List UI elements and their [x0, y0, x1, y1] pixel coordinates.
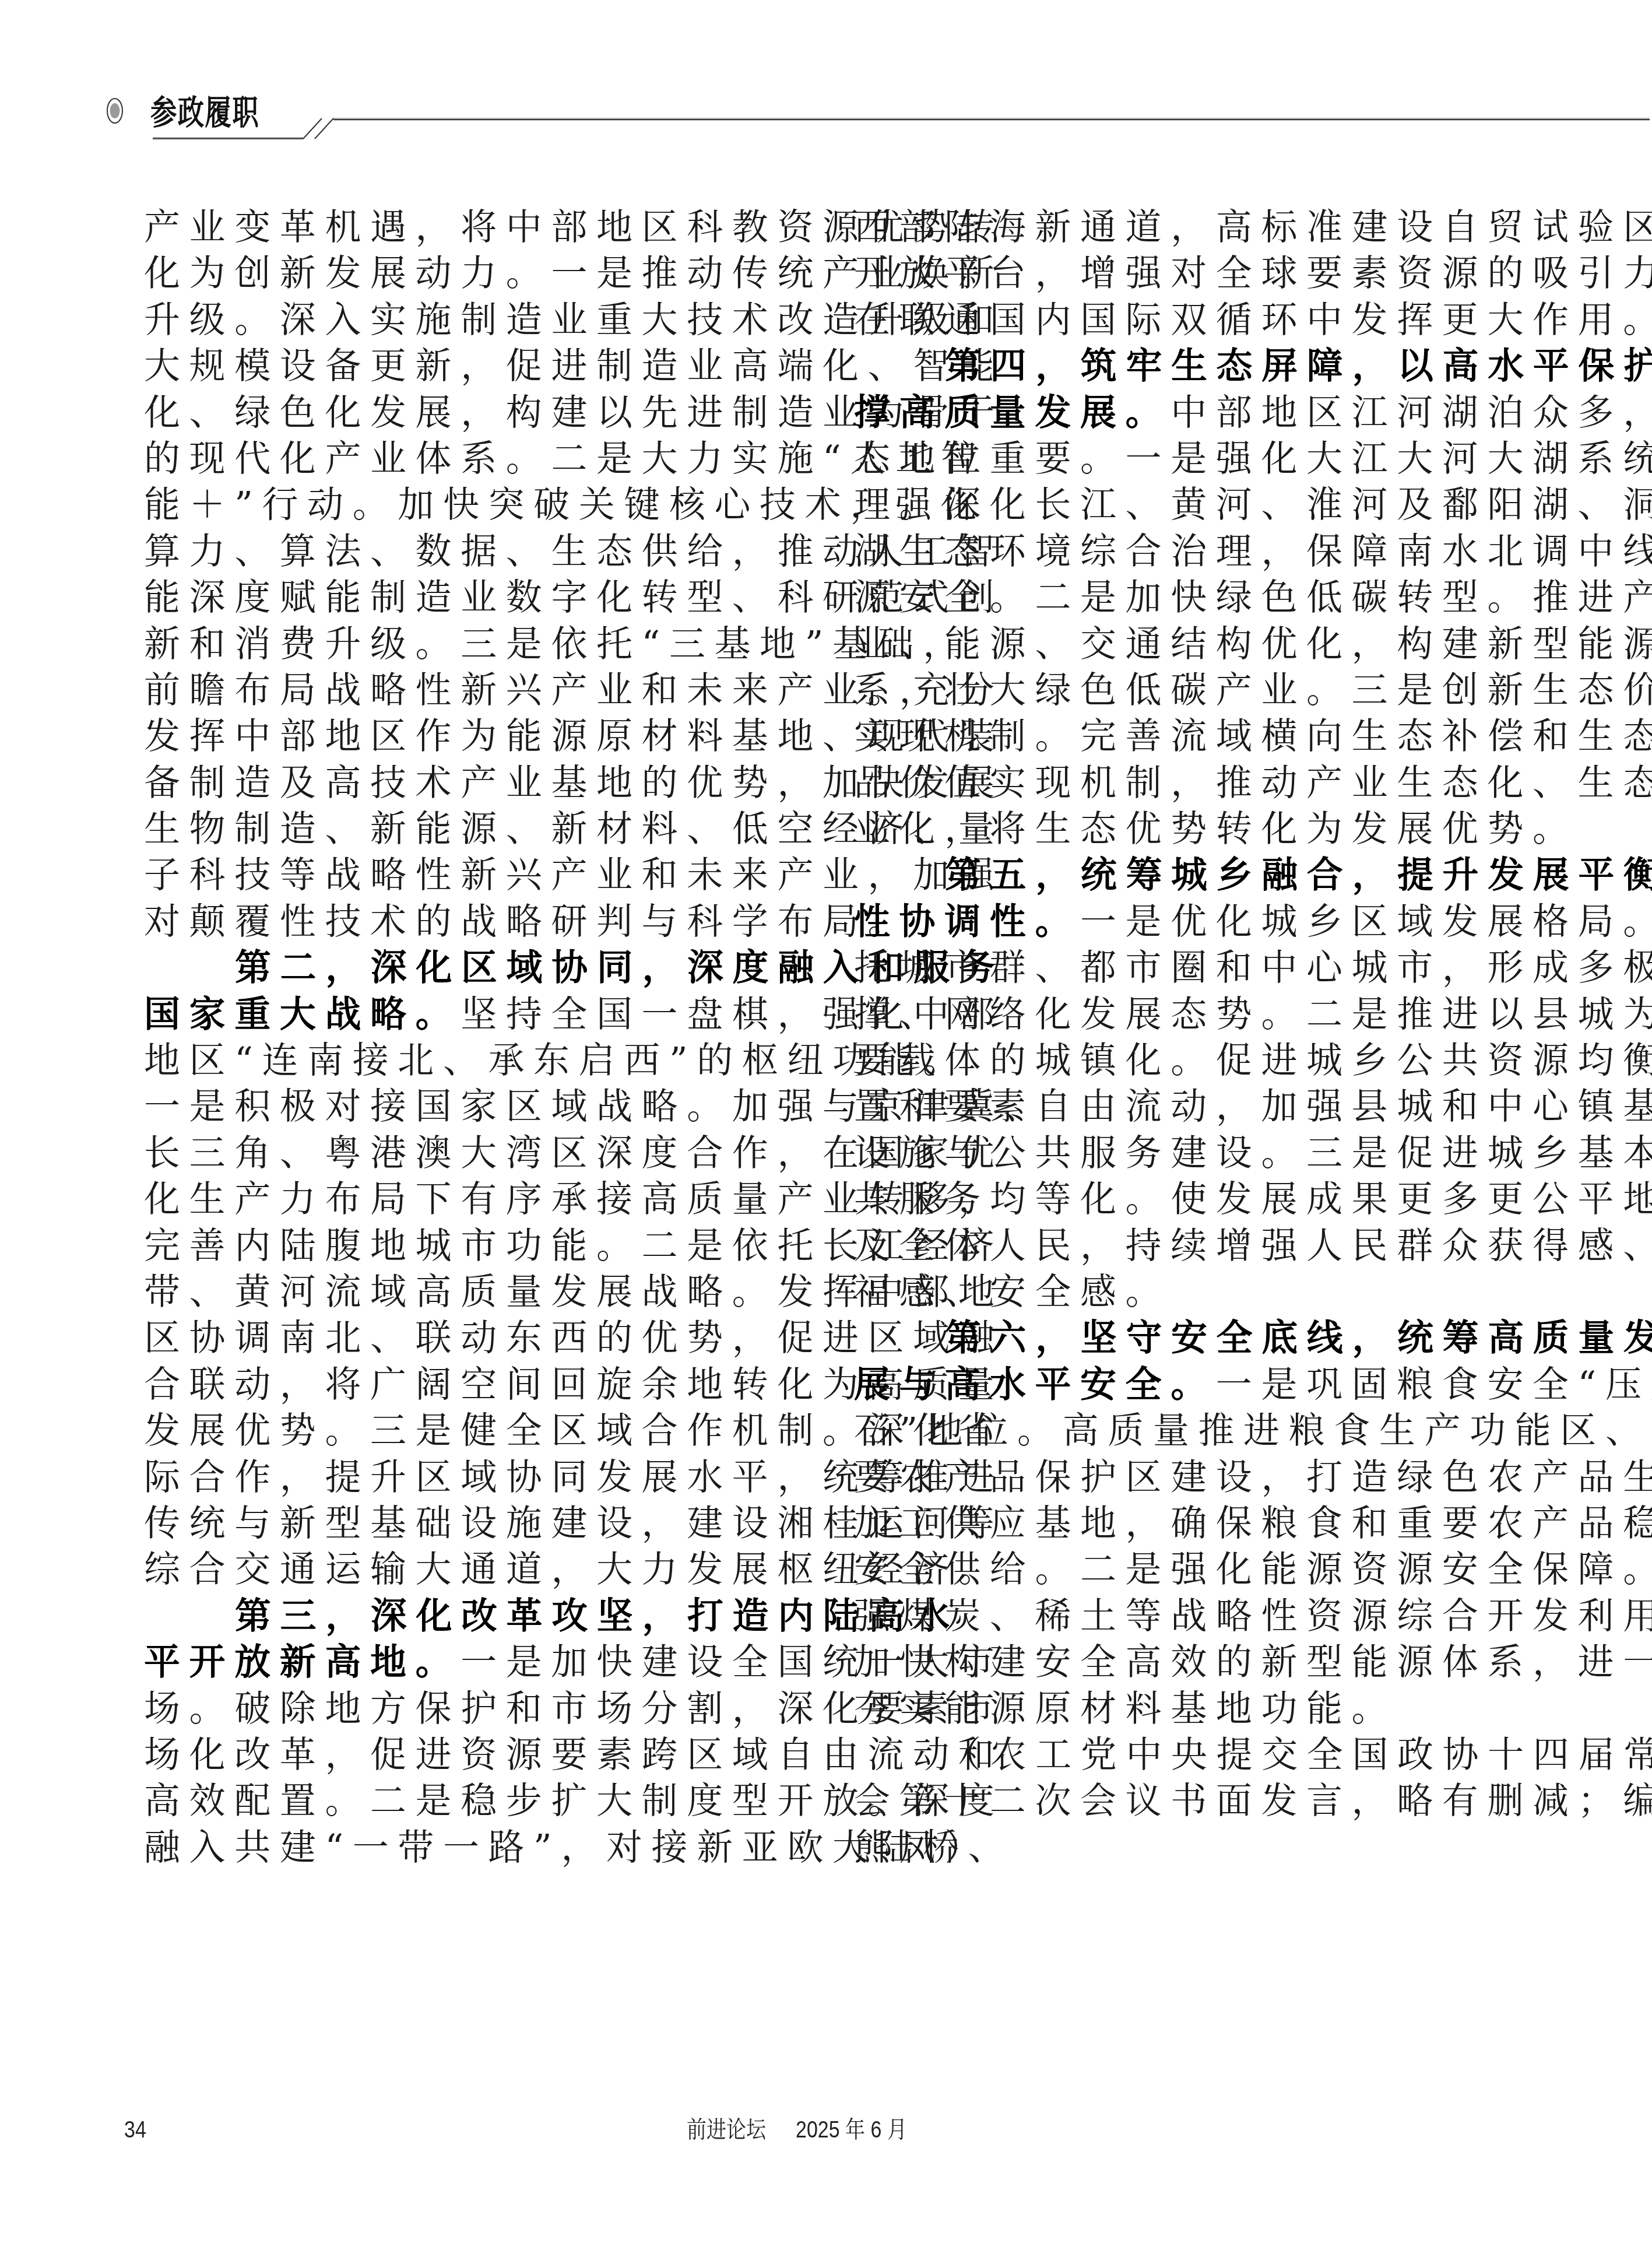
text-line: 实现机制。完善流域横向生态补偿和生态产 [854, 713, 1507, 759]
text-line: 长三角、粤港澳大湾区深度合作，在国家优 [144, 1130, 797, 1176]
journal-name: 前进论坛 [687, 2117, 766, 2143]
body-text: 共服务均等化。使发展成果更多更公平地惠 [854, 1178, 1652, 1220]
text-line: 化生产力布局下有序承接高质量产业转移， [144, 1176, 797, 1222]
text-line: 一是积极对接国家区域战略。加强与京津冀、 [144, 1083, 797, 1129]
body-text: 福感、安全感。 [854, 1270, 1171, 1313]
body-text: 及全体人民，持续增强人民群众获得感、幸 [854, 1224, 1652, 1267]
section-heading-text: 第三，深化改革攻坚，打造内陆高水 [235, 1595, 959, 1637]
text-line: 撑、网络化发展态势。二是推进以县城为重 [854, 991, 1507, 1037]
body-text: 系，壮大绿色低碳产业。三是创新生态价值 [854, 669, 1652, 711]
text-line: 系，壮大绿色低碳产业。三是创新生态价值 [854, 667, 1507, 713]
text-line: 新和消费升级。三是依托“三基地”基础， [144, 621, 797, 667]
text-line: 第六，坚守安全底线，统筹高质量发 [854, 1315, 1507, 1361]
text-line: 理。深化长江、黄河、淮河及鄱阳湖、洞庭 [854, 482, 1507, 528]
text-line: 熊凤） [854, 1824, 1507, 1870]
text-line: 产业变革机遇，将中部地区科教资源优势转 [144, 204, 797, 250]
section-heading-text: 国家重大战略。 [144, 993, 461, 1035]
section-heading-text: 展与高水平安全。 [854, 1363, 1216, 1406]
article-column-left: 产业变革机遇，将中部地区科教资源优势转化为创新发展动力。一是推动传统产业焕新升级… [144, 204, 797, 1870]
text-line: 合联动，将广阔空间回旋余地转化为高质量 [144, 1361, 797, 1407]
text-line: 生物制造、新能源、新材料、低空经济、量 [144, 806, 797, 852]
body-text: 安全供给。二是强化能源资源安全保障。加 [854, 1548, 1652, 1591]
text-line: 带、黄河流域高质量发展战略。发挥中部地 [144, 1269, 797, 1315]
text-line: 场化改革，促进资源要素跨区域自由流动和 [144, 1732, 797, 1778]
text-line: 高效配置。二是稳步扩大制度型开放。深度 [144, 1778, 797, 1824]
body-text: 石”地位。高质量推进粮食生产功能区、重 [854, 1409, 1652, 1452]
text-line: 升级。深入实施制造业重大技术改造升级和 [144, 297, 797, 343]
body-text: 理。深化长江、黄河、淮河及鄱阳湖、洞庭 [854, 483, 1652, 526]
text-line: （农工党中央提交全国政协十四届常委 [854, 1732, 1507, 1778]
body-text: 强煤炭、稀土等战略性资源综合开发利用， [854, 1595, 1652, 1637]
text-line: 国家重大战略。坚持全国一盘棋，强化中部 [144, 991, 797, 1037]
text-line: 综合交通运输大通道，大力发展枢纽经济。 [144, 1546, 797, 1592]
text-line: 的现代化产业体系。二是大力实施“人工智 [144, 436, 797, 482]
text-line: 发挥中部地区作为能源原材料基地、现代装 [144, 713, 797, 759]
body-text: 态地位重要。一是强化大江大河大湖系统治 [854, 437, 1652, 480]
body-text: 要载体的城镇化。促进城乡公共资源均衡配 [854, 1039, 1652, 1082]
text-line: 发展优势。三是健全区域合作机制。深化省 [144, 1407, 797, 1454]
body-text: 业、能源、交通结构优化，构建新型能源体 [854, 623, 1652, 665]
body-text: 熊凤） [854, 1826, 990, 1869]
body-text: 湖生态环境综合治理，保障南水北调中线水 [854, 530, 1652, 573]
text-line: 福感、安全感。 [854, 1269, 1507, 1315]
body-text: 地区“连南接北、承东启西”的枢纽功能。 [144, 1039, 968, 1082]
body-text: 设施与公共服务建设。三是促进城乡基本公 [854, 1132, 1652, 1174]
text-line: 算力、算法、数据、生态供给，推动人工智 [144, 528, 797, 574]
text-line: 湖生态环境综合治理，保障南水北调中线水 [854, 528, 1507, 574]
text-line: 品价值实现机制，推动产业生态化、生态产 [854, 760, 1507, 806]
text-line: 设施与公共服务建设。三是促进城乡基本公 [854, 1130, 1507, 1176]
body-text: 西部陆海新通道，高标准建设自贸试验区等 [854, 206, 1652, 248]
body-text: 撑、网络化发展态势。二是推进以县城为重 [854, 993, 1652, 1035]
issue-date: 2025 年 6 月 [796, 2117, 907, 2143]
text-line: 加快构建安全高效的新型能源体系，进一步 [854, 1639, 1507, 1685]
text-line: 展与高水平安全。一是巩固粮食安全“压舱 [854, 1361, 1507, 1407]
text-line: 能＋”行动。加快突破关键核心技术，强化 [144, 482, 797, 528]
body-text: 开放平台，增强对全球要素资源的吸引力， [854, 252, 1652, 294]
body-text: 置和要素自由流动，加强县城和中心镇基础 [854, 1085, 1652, 1128]
text-line: 完善内陆腹地城市功能。二是依托长江经济 [144, 1223, 797, 1269]
text-line: 强煤炭、稀土等战略性资源综合开发利用， [854, 1593, 1507, 1639]
body-text: 夯实能源原材料基地功能。 [854, 1687, 1397, 1730]
section-heading-text: 撑高质量发展。 [854, 391, 1171, 434]
page-number: 34 [124, 2115, 146, 2144]
section-heading-text: 平开放新高地。 [144, 1641, 461, 1683]
text-line: 撑高质量发展。中部地区江河湖泊众多，生 [854, 389, 1507, 436]
body-text: 中部地区江河湖泊众多，生 [1171, 391, 1652, 434]
text-line: 要载体的城镇化。促进城乡公共资源均衡配 [854, 1037, 1507, 1083]
section-heading-text: 性协调性。 [854, 900, 1080, 943]
text-line: 业、能源、交通结构优化，构建新型能源体 [854, 621, 1507, 667]
text-line: 石”地位。高质量推进粮食生产功能区、重 [854, 1407, 1507, 1454]
section-heading-text: 第六，坚守安全底线，统筹高质量发 [945, 1317, 1652, 1359]
text-line: 融入共建“一带一路”，对接新亚欧大陆桥、 [144, 1824, 797, 1870]
text-line: 化、绿色化发展，构建以先进制造业为骨干 [144, 389, 797, 436]
section-title: 参政履职 [150, 92, 259, 133]
text-line: 能深度赋能制造业数字化转型、科研范式创 [144, 574, 797, 620]
text-line: 开放平台，增强对全球要素资源的吸引力， [854, 250, 1507, 296]
text-line: 态地位重要。一是强化大江大河大湖系统治 [854, 436, 1507, 482]
text-line: 加工供应基地，确保粮食和重要农产品稳定 [854, 1500, 1507, 1546]
text-line: 大规模设备更新，促进制造业高端化、智能 [144, 343, 797, 389]
text-line: 对颠覆性技术的战略研判与科学布局。 [144, 898, 797, 945]
text-line: 平开放新高地。一是加快建设全国统一大市 [144, 1639, 797, 1685]
text-line: 共服务均等化。使发展成果更多更公平地惠 [854, 1176, 1507, 1222]
body-text: （农工党中央提交全国政协十四届常委 [945, 1733, 1652, 1776]
text-line: 前瞻布局战略性新兴产业和未来产业。充分 [144, 667, 797, 713]
text-line: 源安全。二是加快绿色低碳转型。推进产 [854, 574, 1507, 620]
text-line: 在联通国内国际双循环中发挥更大作用。 [854, 297, 1507, 343]
body-text: 新和消费升级。三是依托“三基地”基础， [144, 623, 968, 665]
body-text: 在联通国内国际双循环中发挥更大作用。 [854, 299, 1652, 341]
text-line: 安全供给。二是强化能源资源安全保障。加 [854, 1546, 1507, 1592]
text-line: 第四，筑牢生态屏障，以高水平保护支 [854, 343, 1507, 389]
text-line: 传统与新型基础设施建设，建设湘桂运河等 [144, 1500, 797, 1546]
text-line: 第二，深化区域协同，深度融入和服务 [144, 945, 797, 991]
body-text: 源安全。二是加快绿色低碳转型。推进产 [854, 576, 1652, 619]
section-heading-text: 第五，统筹城乡融合，提升发展平衡 [945, 854, 1652, 896]
body-text: 要农产品保护区建设，打造绿色农产品生产 [854, 1456, 1652, 1498]
body-text: 加工供应基地，确保粮食和重要农产品稳定 [854, 1502, 1652, 1545]
text-line: 子科技等战略性新兴产业和未来产业，加强 [144, 852, 797, 898]
section-heading-text: 第四，筑牢生态屏障，以高水平保护支 [945, 345, 1652, 387]
body-text: 对颠覆性技术的战略研判与科学布局。 [144, 900, 913, 943]
text-line: 托城市群、都市圈和中心城市，形成多极支 [854, 945, 1507, 991]
target-circle-icon [102, 98, 128, 124]
body-text: 品价值实现机制，推动产业生态化、生态产 [854, 761, 1652, 804]
text-line: 性协调性。一是优化城乡区域发展格局。依 [854, 898, 1507, 945]
text-line: 区协调南北、联动东西的优势，促进区域融 [144, 1315, 797, 1361]
text-line: 际合作，提升区域协同发展水平，统筹推进 [144, 1454, 797, 1500]
body-text: 业化，将生态优势转化为发展优势。 [854, 808, 1578, 850]
body-text: 一是优化城乡区域发展格局。依 [1080, 900, 1652, 943]
text-line: 西部陆海新通道，高标准建设自贸试验区等 [854, 204, 1507, 250]
text-line: 化为创新发展动力。一是推动传统产业焕新 [144, 250, 797, 296]
text-line: 会第十二次会议书面发言，略有删减；编辑： [854, 1778, 1507, 1824]
body-text: 加快构建安全高效的新型能源体系，进一步 [854, 1641, 1652, 1683]
text-line: 夯实能源原材料基地功能。 [854, 1686, 1507, 1732]
body-text: 实现机制。完善流域横向生态补偿和生态产 [854, 715, 1652, 757]
text-line: 第五，统筹城乡融合，提升发展平衡 [854, 852, 1507, 898]
text-line: 备制造及高技术产业基地的优势，加快发展 [144, 760, 797, 806]
footer-publication: 前进论坛2025 年 6 月 [687, 2115, 907, 2144]
text-line: 地区“连南接北、承东启西”的枢纽功能。 [144, 1037, 797, 1083]
text-line: 要农产品保护区建设，打造绿色农产品生产 [854, 1454, 1507, 1500]
text-line: 及全体人民，持续增强人民群众获得感、幸 [854, 1223, 1507, 1269]
text-line: 业化，将生态优势转化为发展优势。 [854, 806, 1507, 852]
body-text: 一是巩固粮食安全“压舱 [1216, 1363, 1652, 1406]
text-line: 第三，深化改革攻坚，打造内陆高水 [144, 1593, 797, 1639]
body-text: 会第十二次会议书面发言，略有删减；编辑： [854, 1779, 1652, 1822]
article-column-right: 西部陆海新通道，高标准建设自贸试验区等开放平台，增强对全球要素资源的吸引力，在联… [854, 204, 1507, 1870]
body-text: 托城市群、都市圈和中心城市，形成多极支 [854, 946, 1652, 989]
text-line: 置和要素自由流动，加强县城和中心镇基础 [854, 1083, 1507, 1129]
text-line: 场。破除地方保护和市场分割，深化要素市 [144, 1686, 797, 1732]
